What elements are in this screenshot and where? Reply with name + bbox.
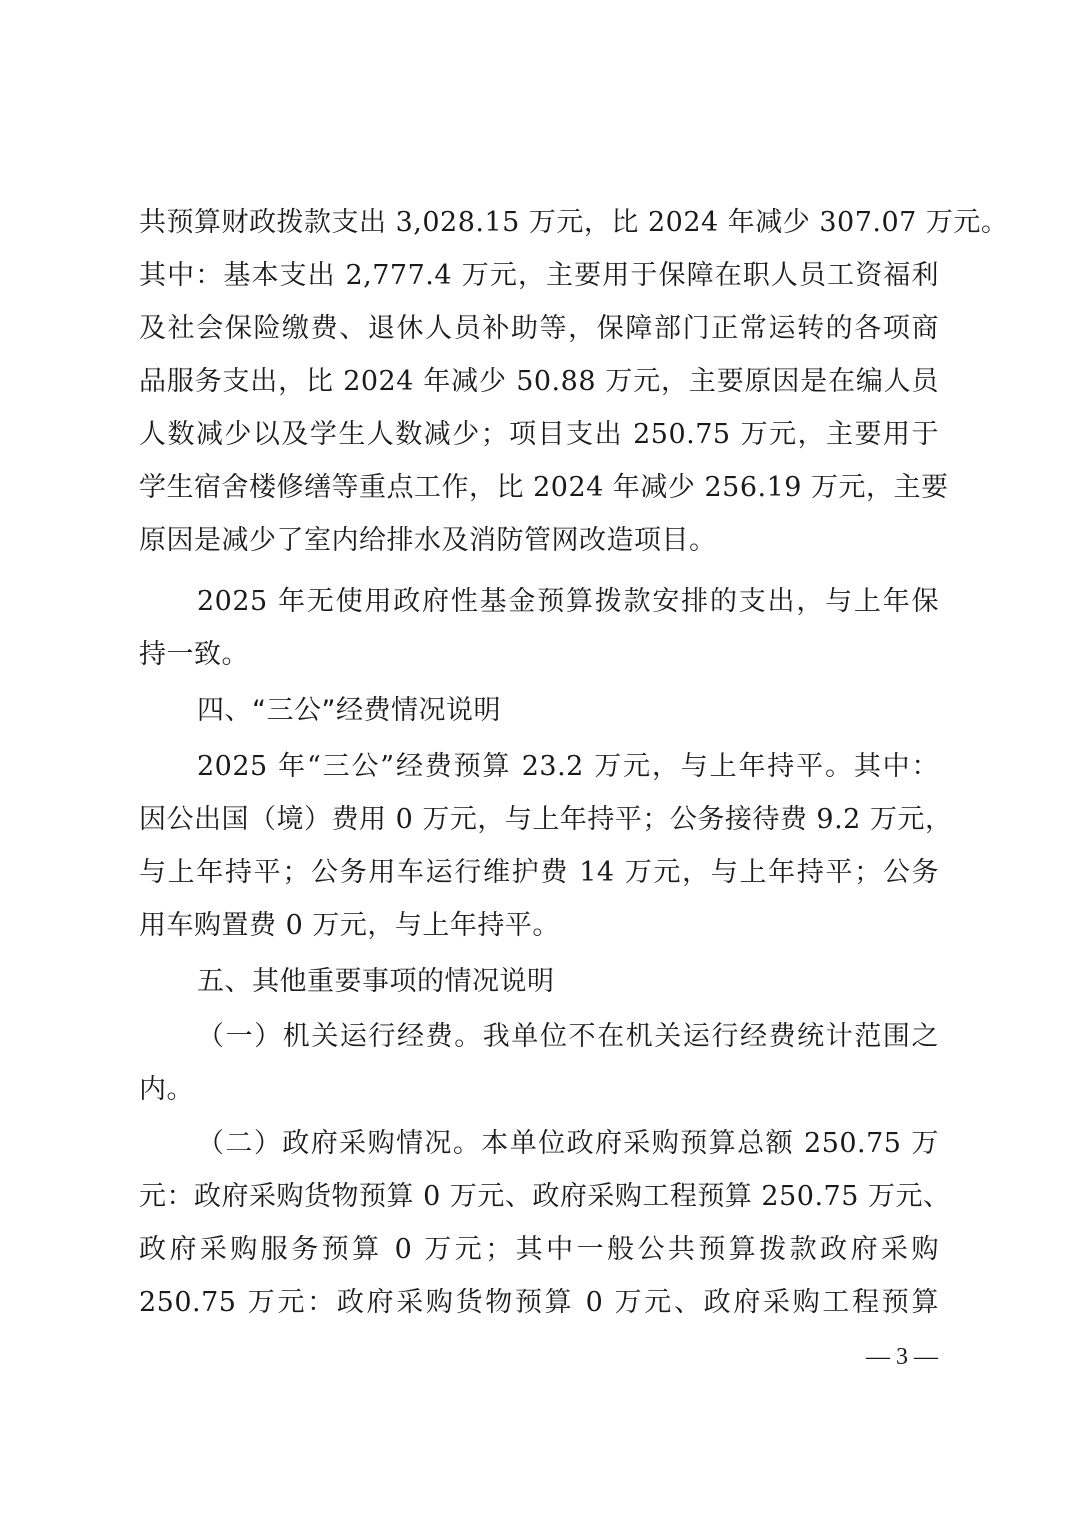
paragraph-line: 共预算财政拨款支出 3,028.15 万元，比 2024 年减少 307.07 …	[139, 203, 939, 243]
paragraph-last-line: 原因是减少了室内给排水及消防管网改造项目。	[139, 521, 939, 561]
paragraph-line: 政府采购服务预算 0 万元；其中一般公共预算拨款政府采购	[139, 1230, 939, 1270]
paragraph-last-line: 用车购置费 0 万元，与上年持平。	[139, 906, 939, 946]
document-page: 共预算财政拨款支出 3,028.15 万元，比 2024 年减少 307.07 …	[0, 0, 1074, 1520]
paragraph-line: 学生宿舍楼修缮等重点工作，比 2024 年减少 256.19 万元，主要	[139, 468, 939, 508]
paragraph-line: 人数减少以及学生人数减少；项目支出 250.75 万元，主要用于	[139, 415, 939, 455]
section-heading: 四、“三公”经费情况说明	[197, 691, 939, 731]
paragraph-last-line: 内。	[139, 1070, 939, 1110]
paragraph-line: 及社会保险缴费、退休人员补助等，保障部门正常运转的各项商	[139, 309, 939, 349]
paragraph-first-line: 2025 年无使用政府性基金预算拨款安排的支出，与上年保	[197, 582, 939, 622]
paragraph-first-line: （一）机关运行经费。我单位不在机关运行经费统计范围之	[197, 1017, 939, 1057]
paragraph-line: 250.75 万元：政府采购货物预算 0 万元、政府采购工程预算	[139, 1283, 939, 1323]
paragraph-line: 元：政府采购货物预算 0 万元、政府采购工程预算 250.75 万元、	[139, 1177, 939, 1217]
paragraph-last-line: 持一致。	[139, 635, 939, 675]
paragraph-line: 与上年持平；公务用车运行维护费 14 万元，与上年持平；公务	[139, 853, 939, 893]
paragraph-first-line: （二）政府采购情况。本单位政府采购预算总额 250.75 万	[197, 1124, 939, 1164]
section-heading: 五、其他重要事项的情况说明	[197, 962, 939, 1002]
paragraph-first-line: 2025 年“三公”经费预算 23.2 万元，与上年持平。其中：	[197, 747, 939, 787]
paragraph-line: 其中：基本支出 2,777.4 万元，主要用于保障在职人员工资福利	[139, 256, 939, 296]
page-number: — 3 —	[866, 1340, 938, 1374]
paragraph-line: 因公出国（境）费用 0 万元，与上年持平；公务接待费 9.2 万元，	[139, 800, 939, 840]
paragraph-line: 品服务支出，比 2024 年减少 50.88 万元，主要原因是在编人员	[139, 362, 939, 402]
